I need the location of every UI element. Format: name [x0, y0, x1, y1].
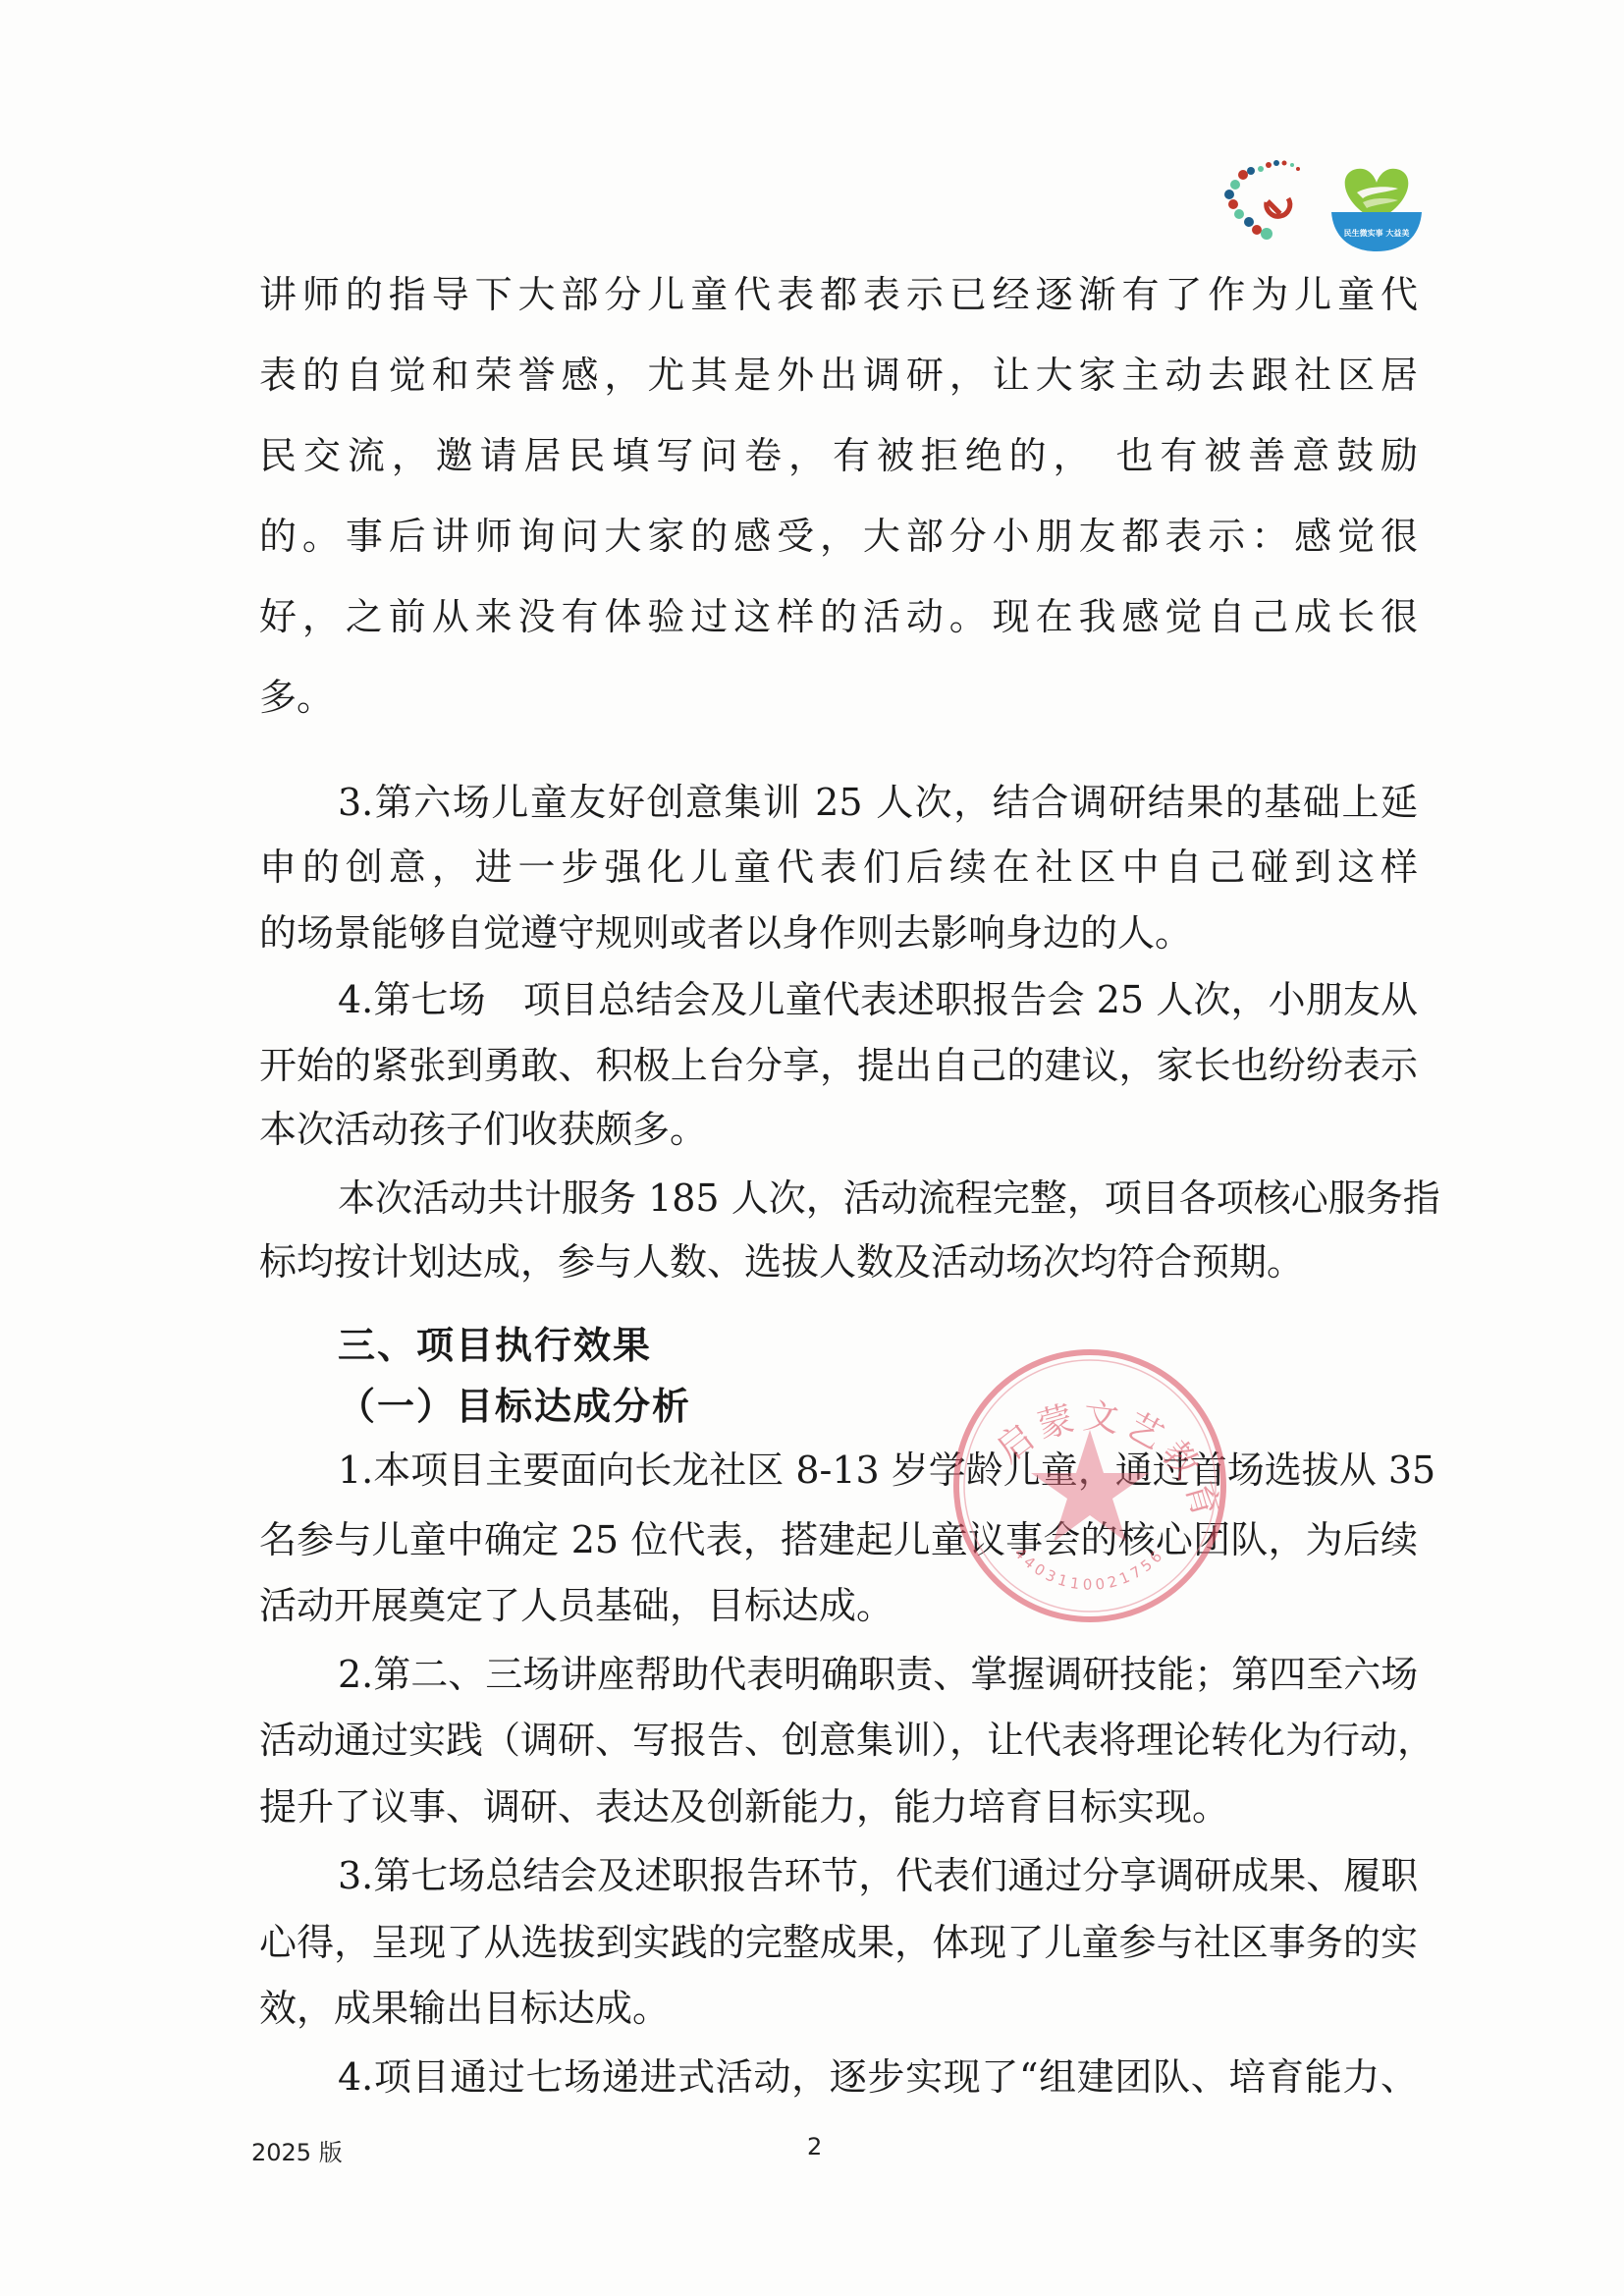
page-number: 2: [807, 2133, 822, 2160]
paragraph-line: 2.第二、三场讲座帮助代表明确职责、掌握调研技能；第四至六场: [338, 1651, 1418, 1698]
paragraph-line: 效，成果输出目标达成。: [259, 1985, 1418, 2032]
paragraph-line: 4.项目通过七场递进式活动，逐步实现了“组建团队、培育能力、: [338, 2053, 1418, 2101]
paragraph-line: 活动通过实践（调研、写报告、创意集训），让代表将理论转化为行动，: [259, 1717, 1418, 1764]
paragraph-line: 民交流，邀请居民填写问卷，有被拒绝的， 也有被善意鼓励: [259, 432, 1418, 479]
logo-caption: 民生微实事 大益美: [1337, 228, 1416, 239]
paragraph-line: 本次活动孩子们收获颇多。: [259, 1106, 1418, 1153]
paragraph-line: 表的自觉和荣誉感，尤其是外出调研，让大家主动去跟社区居: [259, 352, 1418, 399]
paragraph-line: 心得，呈现了从选拔到实践的完整成果，体现了儿童参与社区事务的实: [259, 1919, 1418, 1966]
paragraph-line: 本次活动共计服务 185 人次，活动流程完整，项目各项核心服务指: [338, 1175, 1418, 1222]
document-version: 2025 版: [251, 2133, 343, 2167]
paragraph-line: 4.第七场 项目总结会及儿童代表述职报告会 25 人次，小朋友从: [338, 976, 1418, 1023]
minsheng-heart-bowl-logo: 民生微实事 大益美: [1324, 159, 1430, 257]
section-heading: 三、项目执行效果: [338, 1322, 652, 1369]
paragraph-line: 申的创意，进一步强化儿童代表们后续在社区中自己碰到这样: [259, 844, 1418, 891]
paragraph-line: 好，之前从来没有体验过这样的活动。现在我感觉自己成长很: [259, 593, 1418, 640]
document-page: 民生微实事 大益美 讲师的指导下大部分儿童代表都表示已经逐渐有了作为儿童代表的自…: [0, 0, 1624, 2296]
paragraph-line: 的场景能够自觉遵守规则或者以身作则去影响身边的人。: [259, 909, 1418, 957]
paragraph-line: 3.第七场总结会及述职报告环节，代表们通过分享调研成果、履职: [338, 1852, 1418, 1899]
subsection-heading: （一）目标达成分析: [338, 1383, 691, 1430]
paragraph-line: 3.第六场儿童友好创意集训 25 人次，结合调研结果的基础上延: [338, 779, 1418, 826]
paragraph-line: 多。: [259, 674, 1418, 721]
paragraph-line: 开始的紧张到勇敢、积极上台分享，提出自己的建议，家长也纷纷表示: [259, 1042, 1418, 1089]
paragraph-line: 标均按计划达成，参与人数、选拔人数及活动场次均符合预期。: [259, 1238, 1418, 1285]
paragraph-line: 的。事后讲师询问大家的感受，大部分小朋友都表示：感觉很: [259, 513, 1418, 560]
paragraph-line: 活动开展奠定了人员基础，目标达成。: [259, 1582, 1418, 1629]
paragraph-line: 讲师的指导下大部分儿童代表都表示已经逐渐有了作为儿童代: [259, 271, 1418, 318]
party-butterfly-heart-logo: [1210, 147, 1312, 249]
heart-bowl-icon: [1324, 159, 1430, 257]
butterfly-heart-icon: [1210, 147, 1312, 249]
paragraph-line: 名参与儿童中确定 25 位代表，搭建起儿童议事会的核心团队，为后续: [259, 1516, 1418, 1563]
hammer-sickle-icon: [1266, 198, 1290, 216]
paragraph-line: 提升了议事、调研、表达及创新能力，能力培育目标实现。: [259, 1783, 1418, 1831]
paragraph-line: 1.本项目主要面向长龙社区 8-13 岁学龄儿童，通过首场选拔从 35: [338, 1447, 1418, 1494]
